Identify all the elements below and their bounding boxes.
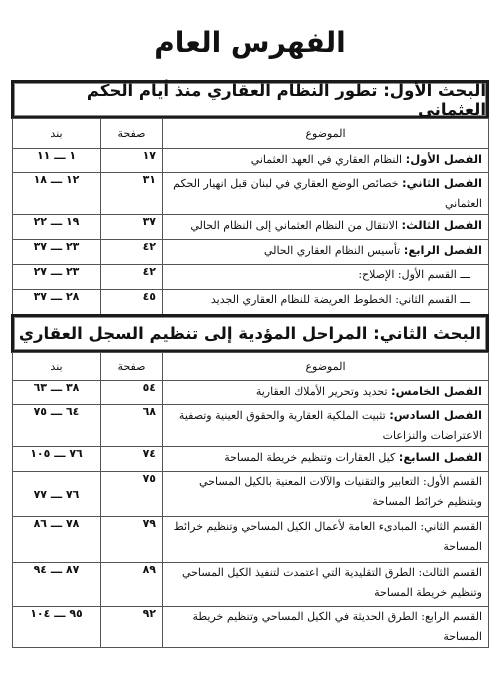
row-subject: الفصل الثالث: الانتقال من النظام العثمان… <box>163 215 489 240</box>
row-subject: القسم الثاني: المبادىء العامة لأعمال الك… <box>163 517 489 563</box>
row-subject: الفصل السابع: كيل العقارات وتنظيم خريطة … <box>163 447 489 472</box>
subsection-title: ـــ القسم الثاني: الخطوط العريضة للنظام … <box>211 293 470 306</box>
chapter-label: الفصل الرابع: <box>404 243 482 257</box>
column-header-paragraph: بند <box>13 119 101 149</box>
row-subject: الفصل الأول: النظام العقاري في العهد الع… <box>163 149 489 173</box>
row-page-number: ٥٤ <box>101 381 163 405</box>
row-subject: القسم الرابع: الطرق الحديثة في الكيل الم… <box>163 607 489 648</box>
row-page-number: ٧٥ <box>101 472 163 517</box>
row-page-number: ٩٢ <box>101 607 163 648</box>
table-row[interactable]: الفصل السابع: كيل العقارات وتنظيم خريطة … <box>13 447 489 472</box>
row-page-number: ٣١ <box>101 173 163 215</box>
row-page-number: ٧٤ <box>101 447 163 472</box>
row-paragraph-range: ١ ـــ ١١ <box>13 149 101 173</box>
row-page-number: ٣٧ <box>101 215 163 240</box>
row-paragraph-range: ٧٦ ـــ ٧٧ <box>13 472 101 517</box>
chapter-title: النظام العقاري في العهد العثماني <box>251 153 406 166</box>
chapter-title: تحديد وتحرير الأملاك العقارية <box>256 385 391 398</box>
row-subject: الفصل الثاني: خصائص الوضع العقاري في لبن… <box>163 173 489 215</box>
chapter-label: الفصل السادس: <box>389 408 482 422</box>
column-header-paragraph: بند <box>13 353 101 381</box>
row-paragraph-range: ١٩ ـــ ٢٢ <box>13 215 101 240</box>
subsection-title: القسم الثاني: المبادىء العامة لأعمال الك… <box>174 520 482 553</box>
column-header-page: صفحة <box>101 119 163 149</box>
chapter-title: تأسيس النظام العقاري الحالي <box>264 244 404 257</box>
row-paragraph-range: ٢٨ ـــ ٣٧ <box>13 290 101 315</box>
row-paragraph-range: ٢٣ ـــ ٢٧ <box>13 265 101 290</box>
chapter-label: الفصل الأول: <box>406 152 482 166</box>
row-page-number: ٤٥ <box>101 290 163 315</box>
row-subject: ـــ القسم الأول: الإصلاح: <box>163 265 489 290</box>
table-row[interactable]: القسم الرابع: الطرق الحديثة في الكيل الم… <box>13 607 489 648</box>
row-page-number: ١٧ <box>101 149 163 173</box>
table-row[interactable]: الفصل السادس: تثبيت الملكية العقارية وال… <box>13 405 489 447</box>
subsection-title: ـــ القسم الأول: الإصلاح: <box>358 268 470 281</box>
row-paragraph-range: ١٢ ـــ ١٨ <box>13 173 101 215</box>
row-paragraph-range: ٦٤ ـــ ٧٥ <box>13 405 101 447</box>
row-page-number: ٧٩ <box>101 517 163 563</box>
table-header-row: الموضوع صفحة بند <box>13 119 489 149</box>
toc-table-1: الموضوع صفحة بند الفصل الأول: النظام الع… <box>12 118 489 315</box>
table-row[interactable]: الفصل الخامس: تحديد وتحرير الأملاك العقا… <box>13 381 489 405</box>
table-row[interactable]: الفصل الرابع: تأسيس النظام العقاري الحال… <box>13 240 489 265</box>
chapter-label: الفصل الخامس: <box>391 384 482 398</box>
page-title: الفهرس العام <box>0 26 500 59</box>
subsection-title: القسم الثالث: الطرق التقليدية التي اعتمد… <box>182 566 482 599</box>
table-row[interactable]: ـــ القسم الثاني: الخطوط العريضة للنظام … <box>13 290 489 315</box>
table-row[interactable]: القسم الأول: التعابير والتقنيات والآلات … <box>13 472 489 517</box>
chapter-label: الفصل الثالث: <box>402 218 483 232</box>
row-paragraph-range: ٧٨ ـــ ٨٦ <box>13 517 101 563</box>
chapter-title: كيل العقارات وتنظيم خريطة المساحة <box>224 451 399 464</box>
row-page-number: ٤٢ <box>101 240 163 265</box>
row-subject: القسم الثالث: الطرق التقليدية التي اعتمد… <box>163 563 489 607</box>
section-heading-2: البحث الثاني: المراحل المؤدية إلى تنظيم … <box>11 314 489 353</box>
row-subject: ـــ القسم الثاني: الخطوط العريضة للنظام … <box>163 290 489 315</box>
chapter-title: الانتقال من النظام العثماني إلى النظام ا… <box>190 219 401 232</box>
row-subject: الفصل السادس: تثبيت الملكية العقارية وال… <box>163 405 489 447</box>
section-heading-1: البحث الأول: تطور النظام العقاري منذ أيا… <box>11 80 489 119</box>
column-header-subject: الموضوع <box>163 353 489 381</box>
table-row[interactable]: القسم الثالث: الطرق التقليدية التي اعتمد… <box>13 563 489 607</box>
row-paragraph-range: ٣٨ ـــ ٦٣ <box>13 381 101 405</box>
row-paragraph-range: ٩٥ ـــ ١٠٤ <box>13 607 101 648</box>
chapter-label: الفصل الثاني: <box>402 176 482 190</box>
table-header-row: الموضوع صفحة بند <box>13 353 489 381</box>
subsection-title: القسم الرابع: الطرق الحديثة في الكيل الم… <box>193 610 483 643</box>
table-row[interactable]: ـــ القسم الأول: الإصلاح: ٤٢ ٢٣ ـــ ٢٧ <box>13 265 489 290</box>
row-subject: الفصل الرابع: تأسيس النظام العقاري الحال… <box>163 240 489 265</box>
row-subject: الفصل الخامس: تحديد وتحرير الأملاك العقا… <box>163 381 489 405</box>
column-header-page: صفحة <box>101 353 163 381</box>
table-row[interactable]: الفصل الثالث: الانتقال من النظام العثمان… <box>13 215 489 240</box>
row-page-number: ٨٩ <box>101 563 163 607</box>
row-subject: القسم الأول: التعابير والتقنيات والآلات … <box>163 472 489 517</box>
row-paragraph-range: ٨٧ ـــ ٩٤ <box>13 563 101 607</box>
chapter-label: الفصل السابع: <box>399 450 482 464</box>
table-row[interactable]: الفصل الأول: النظام العقاري في العهد الع… <box>13 149 489 173</box>
subsection-title: القسم الأول: التعابير والتقنيات والآلات … <box>199 475 482 508</box>
row-page-number: ٤٢ <box>101 265 163 290</box>
toc-table-2: الموضوع صفحة بند الفصل الخامس: تحديد وتح… <box>12 352 489 648</box>
table-row[interactable]: الفصل الثاني: خصائص الوضع العقاري في لبن… <box>13 173 489 215</box>
column-header-subject: الموضوع <box>163 119 489 149</box>
row-paragraph-range: ٧٦ ـــ ١٠٥ <box>13 447 101 472</box>
row-page-number: ٦٨ <box>101 405 163 447</box>
row-paragraph-range: ٢٣ ـــ ٣٧ <box>13 240 101 265</box>
table-row[interactable]: القسم الثاني: المبادىء العامة لأعمال الك… <box>13 517 489 563</box>
